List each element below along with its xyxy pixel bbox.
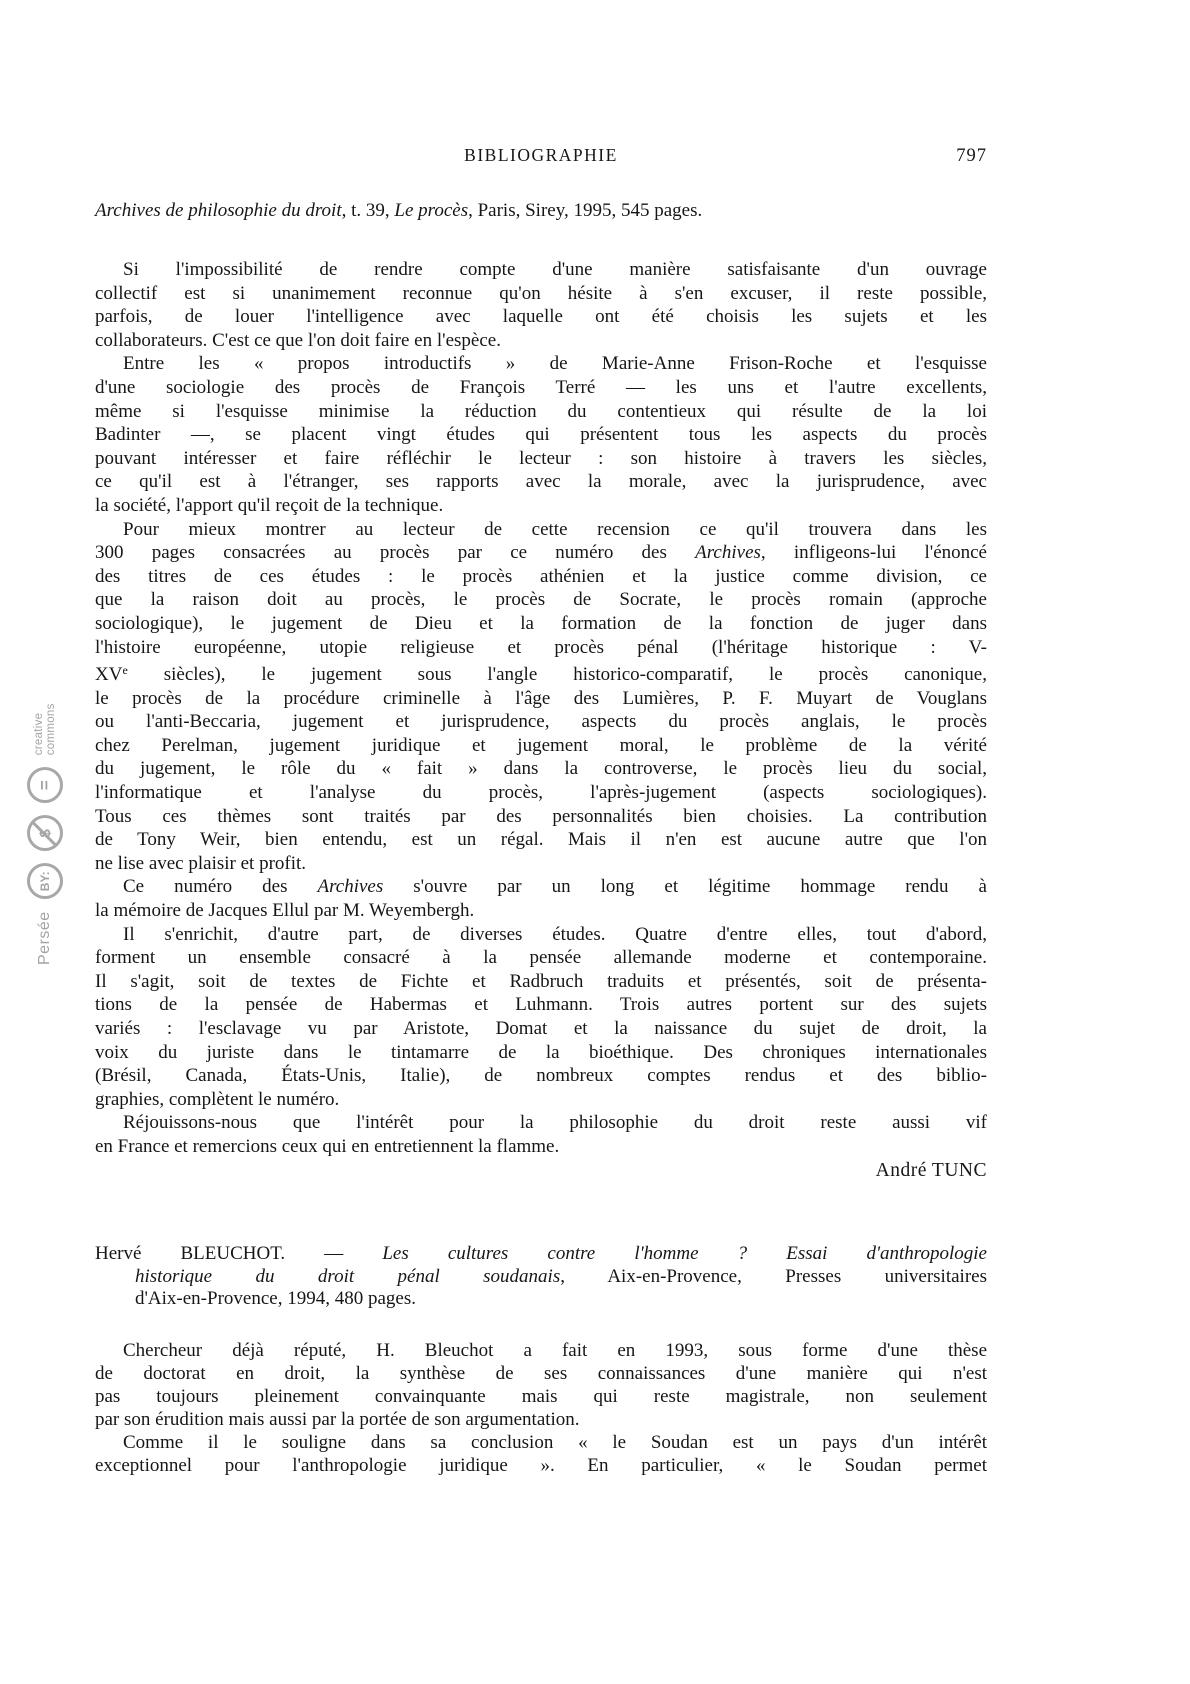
text-line: Chercheur déjà réputé, H. Bleuchot a fai… — [95, 1339, 987, 1362]
second-review-text-block: Chercheur déjà réputé, H. Bleuchot a fai… — [95, 1339, 987, 1477]
text-segment: ce qu'il est à l'étranger, ses rapports … — [95, 471, 987, 492]
text-line: d'une sociologie des procès de François … — [95, 376, 987, 400]
text-line: de doctorat en droit, la synthèse de ses… — [95, 1362, 987, 1385]
text-segment: Si l'impossibilité de rendre compte d'un… — [123, 259, 987, 280]
creative-commons-label: creative commons — [33, 703, 57, 755]
text-line: variés : l'esclavage vu par Aristote, Do… — [95, 1017, 987, 1041]
text-segment: s'ouvre par un long et légitime hommage … — [383, 876, 987, 897]
text-segment: l'histoire européenne, utopie religieuse… — [95, 637, 987, 658]
text-line: des titres de ces études : le procès ath… — [95, 565, 987, 589]
text-segment: parfois, de louer l'intelligence avec la… — [95, 306, 987, 327]
text-segment: d'Aix-en-Provence, 1994, 480 pages. — [135, 1288, 416, 1309]
text-segment: , t. 39, — [342, 200, 395, 221]
text-line: ne lise avec plaisir et profit. — [95, 852, 987, 876]
text-segment: pouvant intéresser et faire réfléchir le… — [95, 448, 987, 469]
text-line: du jugement, le rôle du « fait » dans la… — [95, 757, 987, 781]
text-segment: graphies, complètent le numéro. — [95, 1089, 339, 1110]
text-segment: Entre les « propos introductifs » de Mar… — [123, 353, 987, 374]
text-segment: par son érudition mais aussi par la port… — [95, 1409, 580, 1430]
text-line: Entre les « propos introductifs » de Mar… — [95, 352, 987, 376]
text-segment: historique du droit pénal soudanais — [135, 1266, 560, 1287]
text-segment: chez Perelman, jugement juridique et jug… — [95, 735, 987, 756]
text-line: pouvant intéresser et faire réfléchir le… — [95, 447, 987, 471]
text-line: graphies, complètent le numéro. — [95, 1088, 987, 1112]
text-segment: Le procès — [394, 200, 468, 221]
text-segment: , infligeons-lui l'énoncé — [761, 542, 987, 563]
text-segment: XV — [95, 664, 122, 685]
text-segment: tions de la pensée de Habermas et Luhman… — [95, 994, 987, 1015]
text-line: de Tony Weir, bien entendu, est un régal… — [95, 828, 987, 852]
text-segment: Chercheur déjà réputé, H. Bleuchot a fai… — [123, 1340, 987, 1361]
text-line: tions de la pensée de Habermas et Luhman… — [95, 993, 987, 1017]
text-line: ce qu'il est à l'étranger, ses rapports … — [95, 470, 987, 494]
text-line: chez Perelman, jugement juridique et jug… — [95, 734, 987, 758]
scanned-document-page: BIBLIOGRAPHIE 797 Archives de philosophi… — [0, 0, 1190, 1684]
text-line: collectif est si unanimement reconnue qu… — [95, 282, 987, 306]
page-number: 797 — [956, 146, 987, 167]
text-line: voix du juriste dans le tintamarre de la… — [95, 1041, 987, 1065]
text-segment: forment un ensemble consacré à la pensée… — [95, 947, 987, 968]
text-line: la société, l'apport qu'il reçoit de la … — [95, 494, 987, 518]
text-segment: , Paris, Sirey, 1995, 545 pages. — [468, 200, 702, 221]
text-segment: que la raison doit au procès, le procès … — [95, 589, 987, 610]
review-text-block: Si l'impossibilité de rendre compte d'un… — [95, 258, 987, 1159]
text-line: (Brésil, Canada, États-Unis, Italie), de… — [95, 1064, 987, 1088]
text-segment: l'informatique et l'analyse du procès, l… — [95, 782, 987, 803]
text-segment: Badinter —, se placent vingt études qui … — [95, 424, 987, 445]
text-line: la mémoire de Jacques Ellul par M. Weyem… — [95, 899, 987, 923]
text-segment: Archives — [695, 542, 761, 563]
text-line: Archives de philosophie du droit, t. 39,… — [95, 200, 987, 222]
persee-logo-text: Persée — [36, 911, 54, 965]
text-segment: le procès de la procédure criminelle à l… — [95, 688, 987, 709]
text-segment: ou l'anti-Beccaria, jugement et jurispru… — [95, 711, 987, 732]
persee-watermark: Persée BY: $ = creative commons — [22, 655, 68, 965]
text-line: le procès de la procédure criminelle à l… — [95, 687, 987, 711]
text-segment: du jugement, le rôle du « fait » dans la… — [95, 758, 987, 779]
cc-nd-icon-label: = — [35, 780, 55, 790]
text-line: sociologique), le jugement de Dieu et la… — [95, 612, 987, 636]
cc-nc-icon: $ — [27, 815, 63, 851]
text-line: ou l'anti-Beccaria, jugement et jurispru… — [95, 710, 987, 734]
text-line: d'Aix-en-Provence, 1994, 480 pages. — [95, 1288, 987, 1311]
text-line: Il s'enrichit, d'autre part, de diverses… — [95, 923, 987, 947]
text-segment: de doctorat en droit, la synthèse de ses… — [95, 1363, 987, 1384]
text-line: Pour mieux montrer au lecteur de cette r… — [95, 518, 987, 542]
page-header-title: BIBLIOGRAPHIE — [95, 145, 987, 166]
text-segment: Archives — [317, 876, 383, 897]
text-line: en France et remercions ceux qui en entr… — [95, 1135, 987, 1159]
text-segment: sociologique), le jugement de Dieu et la… — [95, 613, 987, 634]
text-segment: Pour mieux montrer au lecteur de cette r… — [123, 519, 987, 540]
text-line: Comme il le souligne dans sa conclusion … — [95, 1431, 987, 1454]
text-segment: collectif est si unanimement reconnue qu… — [95, 283, 987, 304]
text-line: que la raison doit au procès, le procès … — [95, 588, 987, 612]
text-line: Il s'agit, soit de textes de Fichte et R… — [95, 970, 987, 994]
creative-commons-label-line1: creative — [33, 713, 45, 756]
citation-line: Archives de philosophie du droit, t. 39,… — [95, 200, 987, 222]
text-line: historique du droit pénal soudanais, Aix… — [95, 1266, 987, 1289]
text-line: Tous ces thèmes sont traités par des per… — [95, 805, 987, 829]
text-segment: Il s'enrichit, d'autre part, de diverses… — [123, 924, 987, 945]
text-line: Badinter —, se placent vingt études qui … — [95, 423, 987, 447]
text-line: collaborateurs. C'est ce que l'on doit f… — [95, 329, 987, 353]
text-segment: Tous ces thèmes sont traités par des per… — [95, 806, 987, 827]
creative-commons-label-line2: commons — [45, 703, 57, 755]
reviewer-signature: André TUNC — [95, 1160, 987, 1182]
entry-heading: Hervé BLEUCHOT. — Les cultures contre l'… — [95, 1243, 987, 1311]
text-line: l'histoire européenne, utopie religieuse… — [95, 636, 987, 660]
text-line: par son érudition mais aussi par la port… — [95, 1408, 987, 1431]
text-line: 300 pages consacrées au procès par ce nu… — [95, 541, 987, 565]
text-line: Ce numéro des Archives s'ouvre par un lo… — [95, 875, 987, 899]
text-segment: Les cultures contre l'homme ? Essai d'an… — [382, 1243, 987, 1264]
text-segment: collaborateurs. C'est ce que l'on doit f… — [95, 330, 501, 351]
text-line: Réjouissons-nous que l'intérêt pour la p… — [95, 1111, 987, 1135]
text-segment: même si l'esquisse minimise la réduction… — [95, 401, 987, 422]
text-segment: ne lise avec plaisir et profit. — [95, 853, 306, 874]
text-segment: la société, l'apport qu'il reçoit de la … — [95, 495, 443, 516]
text-segment: en France et remercions ceux qui en entr… — [95, 1136, 559, 1157]
text-segment: Comme il le souligne dans sa conclusion … — [123, 1432, 987, 1453]
text-line: parfois, de louer l'intelligence avec la… — [95, 305, 987, 329]
text-line: pas toujours pleinement convainquante ma… — [95, 1385, 987, 1408]
text-line: l'informatique et l'analyse du procès, l… — [95, 781, 987, 805]
text-line: forment un ensemble consacré à la pensée… — [95, 946, 987, 970]
text-segment: siècles), le jugement sous l'angle histo… — [128, 664, 987, 685]
text-segment: d'une sociologie des procès de François … — [95, 377, 987, 398]
text-segment: Hervé BLEUCHOT. — — [95, 1243, 382, 1264]
text-segment: (Brésil, Canada, États-Unis, Italie), de… — [95, 1065, 987, 1086]
text-segment: pas toujours pleinement convainquante ma… — [95, 1386, 987, 1407]
cc-by-icon-label: BY: — [38, 871, 52, 891]
text-segment: de Tony Weir, bien entendu, est un régal… — [95, 829, 987, 850]
text-segment: voix du juriste dans le tintamarre de la… — [95, 1042, 987, 1063]
text-line: Hervé BLEUCHOT. — Les cultures contre l'… — [95, 1243, 987, 1266]
text-segment: Archives de philosophie du droit — [95, 200, 342, 221]
text-line: même si l'esquisse minimise la réduction… — [95, 400, 987, 424]
text-segment: exceptionnel pour l'anthropologie juridi… — [95, 1455, 987, 1476]
cc-by-icon: BY: — [27, 863, 63, 899]
text-segment: des titres de ces études : le procès ath… — [95, 566, 987, 587]
cc-nd-icon: = — [27, 767, 63, 803]
text-segment: Réjouissons-nous que l'intérêt pour la p… — [123, 1112, 987, 1133]
text-segment: Ce numéro des — [123, 876, 317, 897]
text-line: Si l'impossibilité de rendre compte d'un… — [95, 258, 987, 282]
text-line: XVe siècles), le jugement sous l'angle h… — [95, 659, 987, 687]
text-segment: variés : l'esclavage vu par Aristote, Do… — [95, 1018, 987, 1039]
text-line: exceptionnel pour l'anthropologie juridi… — [95, 1454, 987, 1477]
page-header: BIBLIOGRAPHIE 797 — [95, 145, 987, 169]
text-segment: , Aix-en-Provence, Presses universitaire… — [560, 1266, 987, 1287]
text-segment: Il s'agit, soit de textes de Fichte et R… — [95, 971, 987, 992]
text-segment: 300 pages consacrées au procès par ce nu… — [95, 542, 695, 563]
text-segment: la mémoire de Jacques Ellul par M. Weyem… — [95, 900, 474, 921]
